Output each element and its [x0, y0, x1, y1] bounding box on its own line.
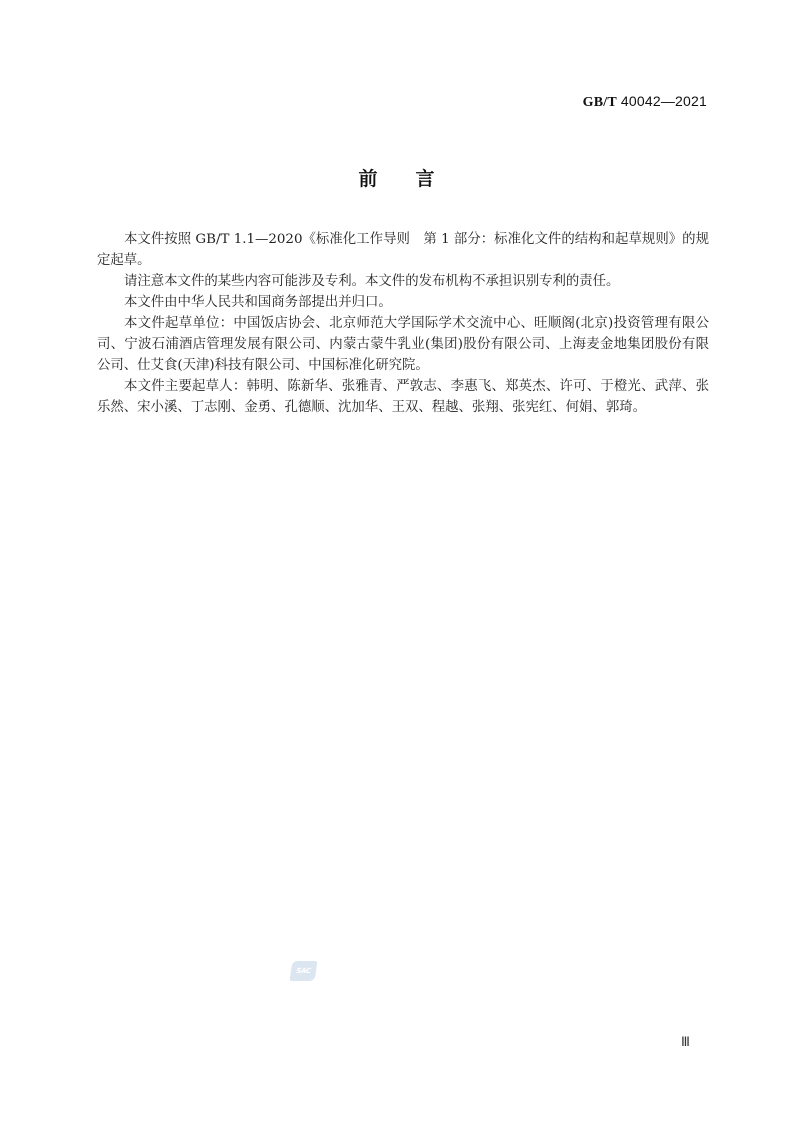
- standard-number-prefix: GB/T: [583, 95, 617, 110]
- standard-number-value: 40042—2021: [621, 93, 707, 109]
- paragraph-proposer: 本文件由中华人民共和国商务部提出并归口。: [97, 292, 709, 313]
- watermark-label: SAC: [296, 967, 312, 975]
- paragraph-drafting-units: 本文件起草单位：中国饭店协会、北京师范大学国际学术交流中心、旺顺阁(北京)投资管…: [97, 313, 709, 376]
- paragraph-drafters: 本文件主要起草人：韩明、陈新华、张雅青、严敦志、李惠飞、郑英杰、许可、于橙光、武…: [97, 376, 709, 418]
- page-title: 前 言: [0, 164, 793, 191]
- foreword-body: 本文件按照 GB/T 1.1—2020《标准化工作导则 第 1 部分：标准化文件…: [97, 229, 709, 418]
- document-page: GB/T40042—2021 前 言 本文件按照 GB/T 1.1—2020《标…: [0, 0, 793, 1122]
- page-number: Ⅲ: [681, 1034, 689, 1050]
- sac-watermark-logo-icon: SAC: [290, 961, 318, 981]
- paragraph-drafting-rules: 本文件按照 GB/T 1.1—2020《标准化工作导则 第 1 部分：标准化文件…: [97, 229, 709, 271]
- paragraph-patent-notice: 请注意本文件的某些内容可能涉及专利。本文件的发布机构不承担识别专利的责任。: [97, 271, 709, 292]
- standard-number: GB/T40042—2021: [583, 93, 707, 111]
